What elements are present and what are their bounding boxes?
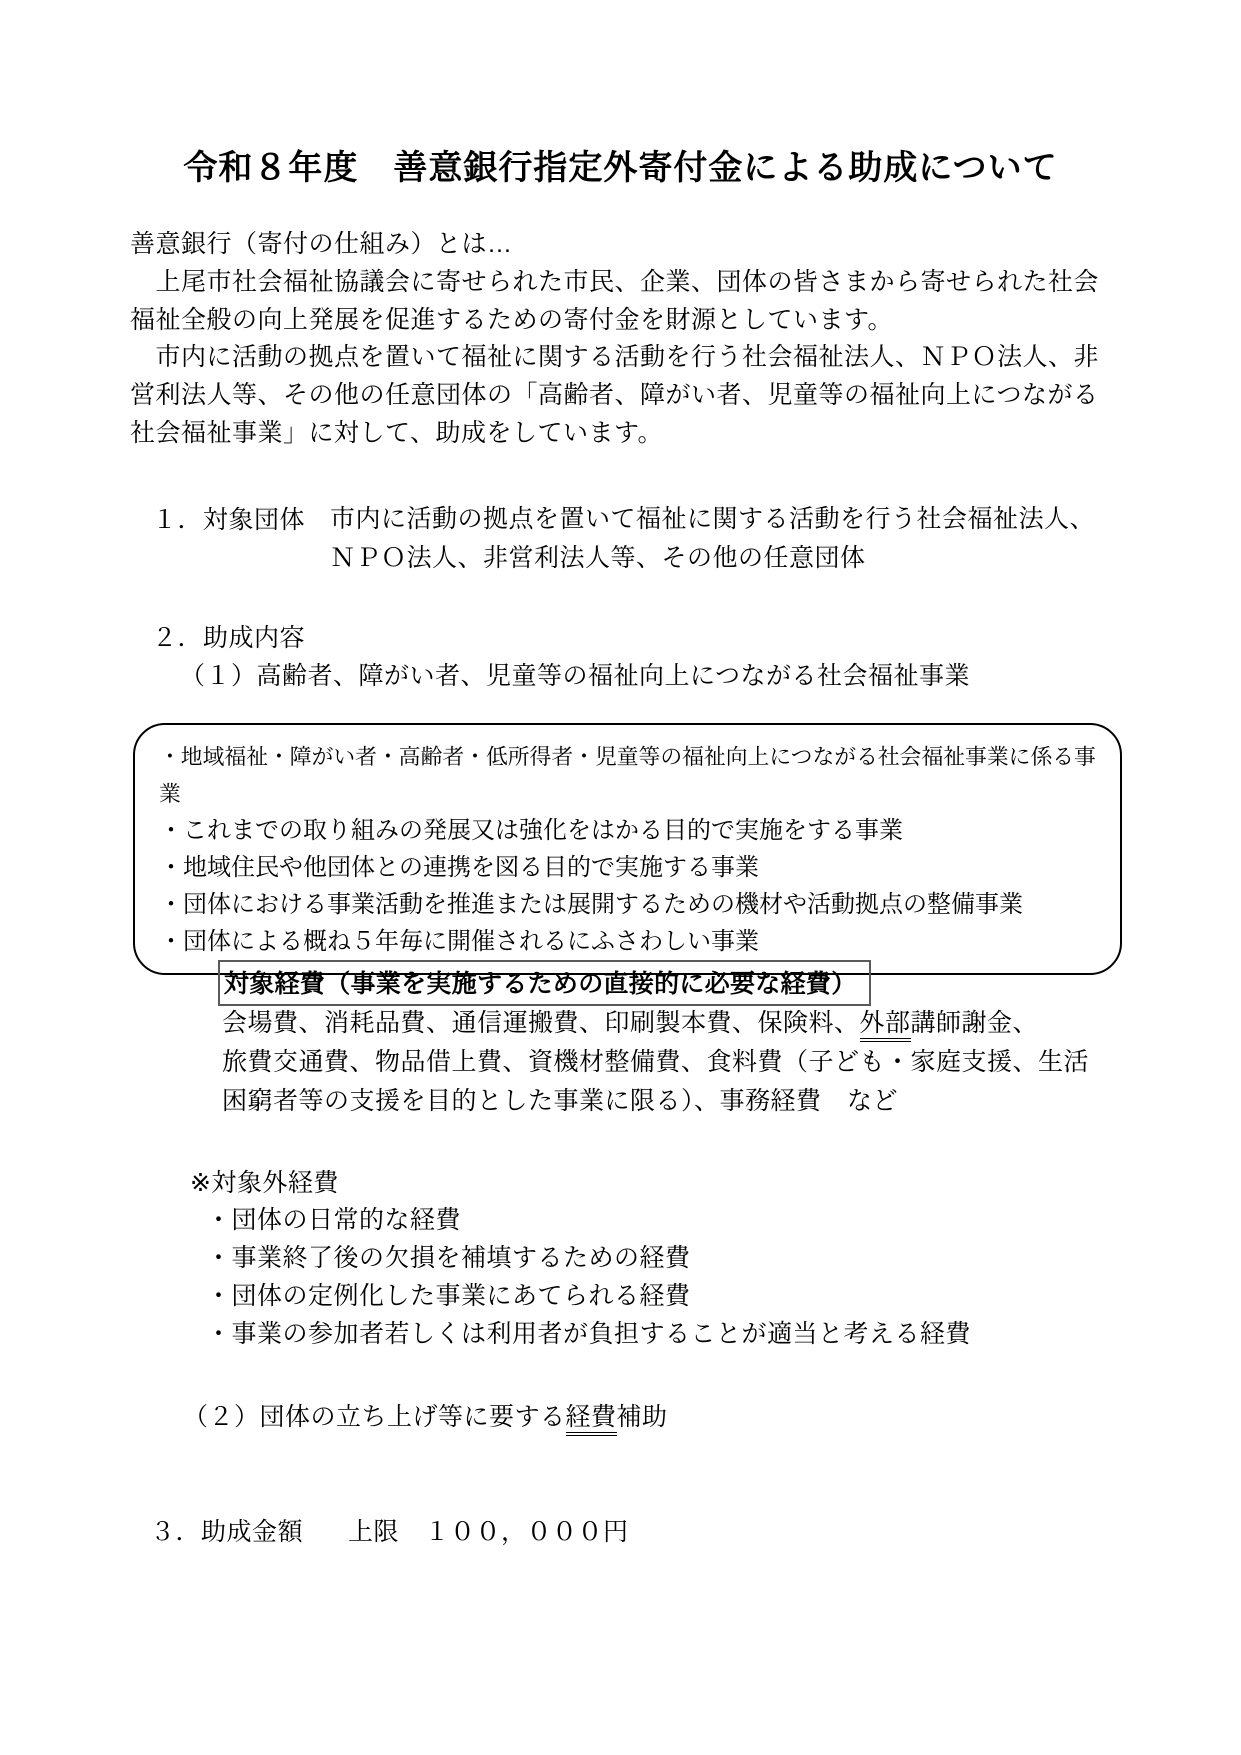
section-3-heading: ３．助成金額 <box>150 1512 303 1548</box>
eligible-project-item: ・地域福祉・障がい者・高齢者・低所得者・児童等の福祉向上につながる社会福祉事業に… <box>159 738 1108 812</box>
section-2-item-1: （１）高齢者、障がい者、児童等の福祉向上につながる社会福祉事業 <box>180 656 970 692</box>
eligible-project-item: ・団体における事業活動を推進または展開するための機材や活動拠点の整備事業 <box>159 886 1108 923</box>
intro-line: 営利法人等、その他の任意団体の「高齢者、障がい者、児童等の福祉向上につながる <box>130 377 1130 415</box>
document-page: 令和８年度 善意銀行指定外寄付金による助成について 善意銀行（寄付の仕組み）とは… <box>0 0 1241 1755</box>
intro-lead: 善意銀行（寄付の仕組み）とは… <box>130 226 1130 264</box>
section-1-target-groups: １．対象団体 市内に活動の拠点を置いて福祉に関する活動を行う社会福祉法人、 ＮＰ… <box>152 500 1095 577</box>
section-2-item-1-text: （１）高齢者、障がい者、児童等の福祉向上につながる社会福祉事業 <box>180 656 970 692</box>
target-expenses-heading-box: 対象経費（事業を実施するための直接的に必要な経費） <box>218 960 871 1006</box>
eligible-projects-box: ・地域福祉・障がい者・高齢者・低所得者・児童等の福祉向上につながる社会福祉事業に… <box>133 723 1122 975</box>
section-1-body: 市内に活動の拠点を置いて福祉に関する活動を行う社会福祉法人、 ＮＰＯ法人、非営利… <box>330 500 1095 577</box>
intro-line: 市内に活動の拠点を置いて福祉に関する活動を行う社会福祉法人、ＮＰＯ法人、非 <box>130 339 1130 377</box>
eligible-project-item: ・団体による概ね５年毎に開催されるにふさわしい事業 <box>159 923 1108 960</box>
excluded-expense-item: ・団体の日常的な経費 <box>206 1201 971 1239</box>
expense-underlined-text: 外部 <box>860 1009 911 1042</box>
target-expenses-line: 困窮者等の支援を目的とした事業に限る）、事務経費 など <box>222 1082 1162 1121</box>
intro-paragraph: 善意銀行（寄付の仕組み）とは… 上尾市社会福祉協議会に寄せられた市民、企業、団体… <box>130 226 1130 453</box>
target-expenses-line: 会場費、消耗品費、通信運搬費、印刷製本費、保険料、外部講師謝金、 <box>222 1004 1162 1043</box>
section-3-amount: 上限 １００，０００円 <box>348 1512 629 1548</box>
section-2-item-2-text: （２）団体の立ち上げ等に要する経費補助 <box>183 1397 668 1433</box>
excluded-expenses-heading: ※対象外経費 <box>190 1163 339 1199</box>
section-1-body-line: 市内に活動の拠点を置いて福祉に関する活動を行う社会福祉法人、 <box>330 500 1095 539</box>
excluded-expense-item: ・事業の参加者若しくは利用者が負担することが適当と考える経費 <box>206 1315 971 1353</box>
eligible-project-item: ・これまでの取り組みの発展又は強化をはかる目的で実施をする事業 <box>159 812 1108 849</box>
expense-text: 会場費、消耗品費、通信運搬費、印刷製本費、保険料、 <box>222 1009 860 1037</box>
eligible-project-item: ・地域住民や他団体との連携を図る目的で実施する事業 <box>159 849 1108 886</box>
section-2-grant-details: ２．助成内容 <box>152 618 305 654</box>
intro-line: 上尾市社会福祉協議会に寄せられた市民、企業、団体の皆さまから寄せられた社会 <box>130 264 1130 302</box>
section-2-item-2: （２）団体の立ち上げ等に要する経費補助 <box>183 1397 668 1433</box>
expense-text: 講師謝金、 <box>911 1009 1039 1037</box>
target-expenses-line: 旅費交通費、物品借上費、資機材整備費、食料費（子ども・家庭支援、生活 <box>222 1043 1162 1082</box>
excluded-expenses-list: ・団体の日常的な経費 ・事業終了後の欠損を補填するための経費 ・団体の定例化した… <box>206 1201 971 1353</box>
section-1-body-line: ＮＰＯ法人、非営利法人等、その他の任意団体 <box>330 539 1095 578</box>
section-2-heading: ２．助成内容 <box>152 618 305 654</box>
excluded-expense-item: ・団体の定例化した事業にあてられる経費 <box>206 1277 971 1315</box>
item-2-text: 補助 <box>617 1403 668 1431</box>
intro-line: 社会福祉事業」に対して、助成をしています。 <box>130 415 1130 453</box>
intro-line: 福祉全般の向上発展を促進するための寄付金を財源としています。 <box>130 302 1130 340</box>
target-expenses-body: 会場費、消耗品費、通信運搬費、印刷製本費、保険料、外部講師謝金、 旅費交通費、物… <box>222 1004 1162 1121</box>
excluded-expense-item: ・事業終了後の欠損を補填するための経費 <box>206 1239 971 1277</box>
section-1-heading: １．対象団体 <box>152 500 330 577</box>
item-2-underlined-text: 経費 <box>566 1403 617 1436</box>
item-2-text: （２）団体の立ち上げ等に要する <box>183 1403 566 1431</box>
page-title: 令和８年度 善意銀行指定外寄付金による助成について <box>0 140 1241 189</box>
